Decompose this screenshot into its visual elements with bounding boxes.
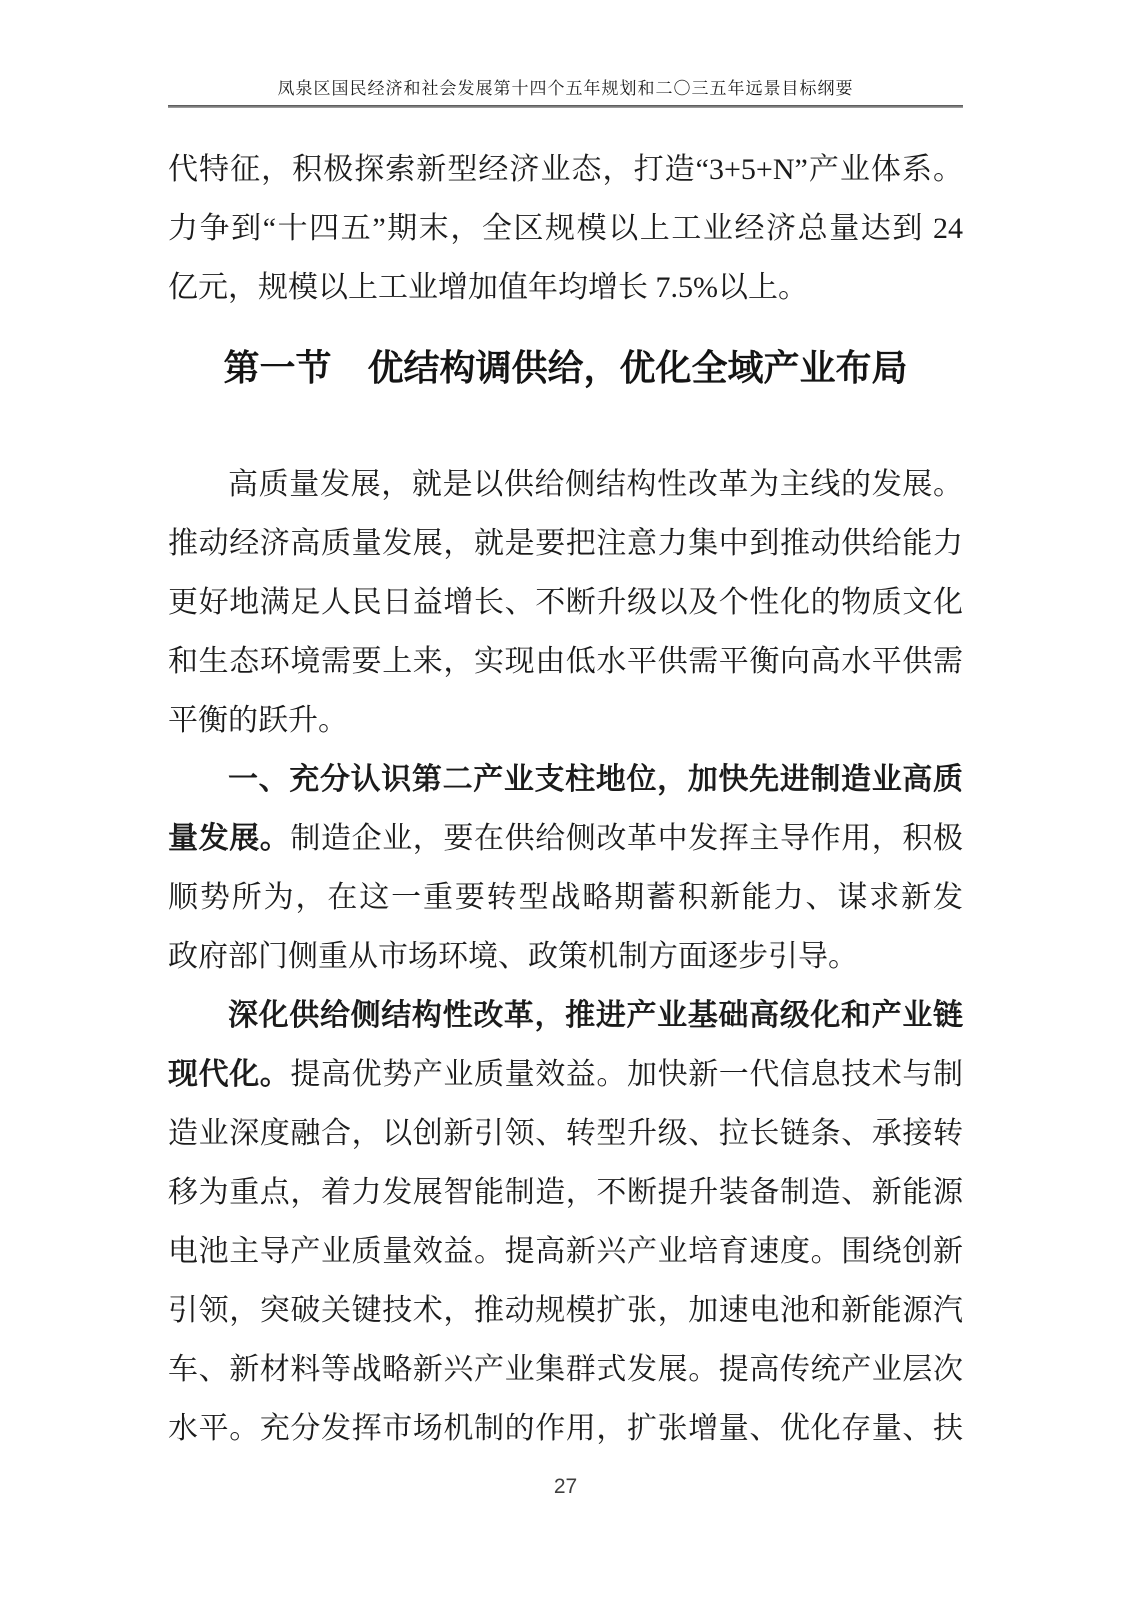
bold-lead-text: 一、充分认识第二产业支柱地位，加快先进制造业高质 [228,763,963,796]
line-text: 平衡的跃升。 [168,704,348,737]
text-line: 深化供给侧结构性改革，推进产业基础高级化和产业链 [168,986,963,1045]
document-page: 凤泉区国民经济和社会发展第十四个五年规划和二〇三五年远景目标纲要 代特征，积极探… [0,0,1131,1600]
bold-lead-text: 现代化。 [168,1058,290,1091]
text-line: 高质量发展，就是以供给侧结构性改革为主线的发展。 [168,455,963,514]
line-text: 亿元，规模以上工业增加值年均增长 7.5%以上。 [168,271,808,304]
header-rule [168,105,963,108]
text-line: 更好地满足人民日益增长、不断升级以及个性化的物质文化 [168,573,963,632]
page-number: 27 [554,1475,577,1498]
line-text: 推动经济高质量发展，就是要把注意力集中到推动供给能力 [168,527,963,560]
line-text: 顺势所为，在这一重要转型战略期蓄积新能力、谋求新发展。 [168,881,963,927]
line-text: 力争到“十四五”期末，全区规模以上工业经济总量达到 24 [168,212,963,245]
line-text: 移为重点，着力发展智能制造，不断提升装备制造、新能源 [168,1176,963,1209]
text-line: 政府部门侧重从市场环境、政策机制方面逐步引导。 [168,927,963,986]
page-footer: 27 [168,1474,963,1500]
text-line: 亿元，规模以上工业增加值年均增长 7.5%以上。 [168,258,963,317]
line-text: 更好地满足人民日益增长、不断升级以及个性化的物质文化 [168,586,963,619]
text-line: 一、充分认识第二产业支柱地位，加快先进制造业高质 [168,750,963,809]
header-title: 凤泉区国民经济和社会发展第十四个五年规划和二〇三五年远景目标纲要 [168,76,963,102]
line-text: 代特征，积极探索新型经济业态，打造“3+5+N”产业体系。 [168,153,963,186]
section-heading: 第一节 优结构调供给，优化全域产业布局 [168,334,963,402]
text-line: 移为重点，着力发展智能制造，不断提升装备制造、新能源 [168,1163,963,1222]
text-line: 现代化。提高优势产业质量效益。加快新一代信息技术与制 [168,1045,963,1104]
line-text: 引领，突破关键技术，推动规模扩张，加速电池和新能源汽 [168,1294,963,1327]
line-text: 政府部门侧重从市场环境、政策机制方面逐步引导。 [168,940,858,973]
text-line: 平衡的跃升。 [168,691,963,750]
line-text: 车、新材料等战略新兴产业集群式发展。提高传统产业层次 [168,1353,963,1386]
text-line: 造业深度融合，以创新引领、转型升级、拉长链条、承接转 [168,1104,963,1163]
line-text: 电池主导产业质量效益。提高新兴产业培育速度。围绕创新 [168,1235,963,1268]
text-line: 和生态环境需要上来，实现由低水平供需平衡向高水平供需 [168,632,963,691]
paragraph-high-quality-development: 高质量发展，就是以供给侧结构性改革为主线的发展。推动经济高质量发展，就是要把注意… [168,455,963,750]
line-text: 提高优势产业质量效益。加快新一代信息技术与制 [290,1058,963,1091]
bold-lead-text: 深化供给侧结构性改革，推进产业基础高级化和产业链 [228,999,963,1032]
line-text: 造业深度融合，以创新引领、转型升级、拉长链条、承接转 [168,1117,963,1150]
document-body: 代特征，积极探索新型经济业态，打造“3+5+N”产业体系。力争到“十四五”期末，… [168,140,963,1458]
text-line: 量发展。制造企业，要在供给侧改革中发挥主导作用，积极 [168,809,963,868]
line-text: 水平。充分发挥市场机制的作用，扩张增量、优化存量、扶 [168,1412,963,1445]
text-line: 顺势所为，在这一重要转型战略期蓄积新能力、谋求新发展。 [168,868,963,927]
page-header: 凤泉区国民经济和社会发展第十四个五年规划和二〇三五年远景目标纲要 [168,0,963,108]
text-line: 力争到“十四五”期末，全区规模以上工业经济总量达到 24 [168,199,963,258]
paragraph-second-industry: 一、充分认识第二产业支柱地位，加快先进制造业高质量发展。制造企业，要在供给侧改革… [168,750,963,986]
text-line: 电池主导产业质量效益。提高新兴产业培育速度。围绕创新 [168,1222,963,1281]
line-text: 和生态环境需要上来，实现由低水平供需平衡向高水平供需 [168,645,963,678]
text-line: 车、新材料等战略新兴产业集群式发展。提高传统产业层次 [168,1340,963,1399]
text-line: 引领，突破关键技术，推动规模扩张，加速电池和新能源汽 [168,1281,963,1340]
line-text: 制造企业，要在供给侧改革中发挥主导作用，积极 [290,822,963,855]
paragraph-continuation: 代特征，积极探索新型经济业态，打造“3+5+N”产业体系。力争到“十四五”期末，… [168,140,963,317]
text-line: 代特征，积极探索新型经济业态，打造“3+5+N”产业体系。 [168,140,963,199]
text-line: 推动经济高质量发展，就是要把注意力集中到推动供给能力 [168,514,963,573]
line-text: 高质量发展，就是以供给侧结构性改革为主线的发展。 [228,468,963,501]
bold-lead-text: 量发展。 [168,822,290,855]
text-line: 水平。充分发挥市场机制的作用，扩张增量、优化存量、扶 [168,1399,963,1458]
paragraph-supply-side-reform: 深化供给侧结构性改革，推进产业基础高级化和产业链现代化。提高优势产业质量效益。加… [168,986,963,1458]
